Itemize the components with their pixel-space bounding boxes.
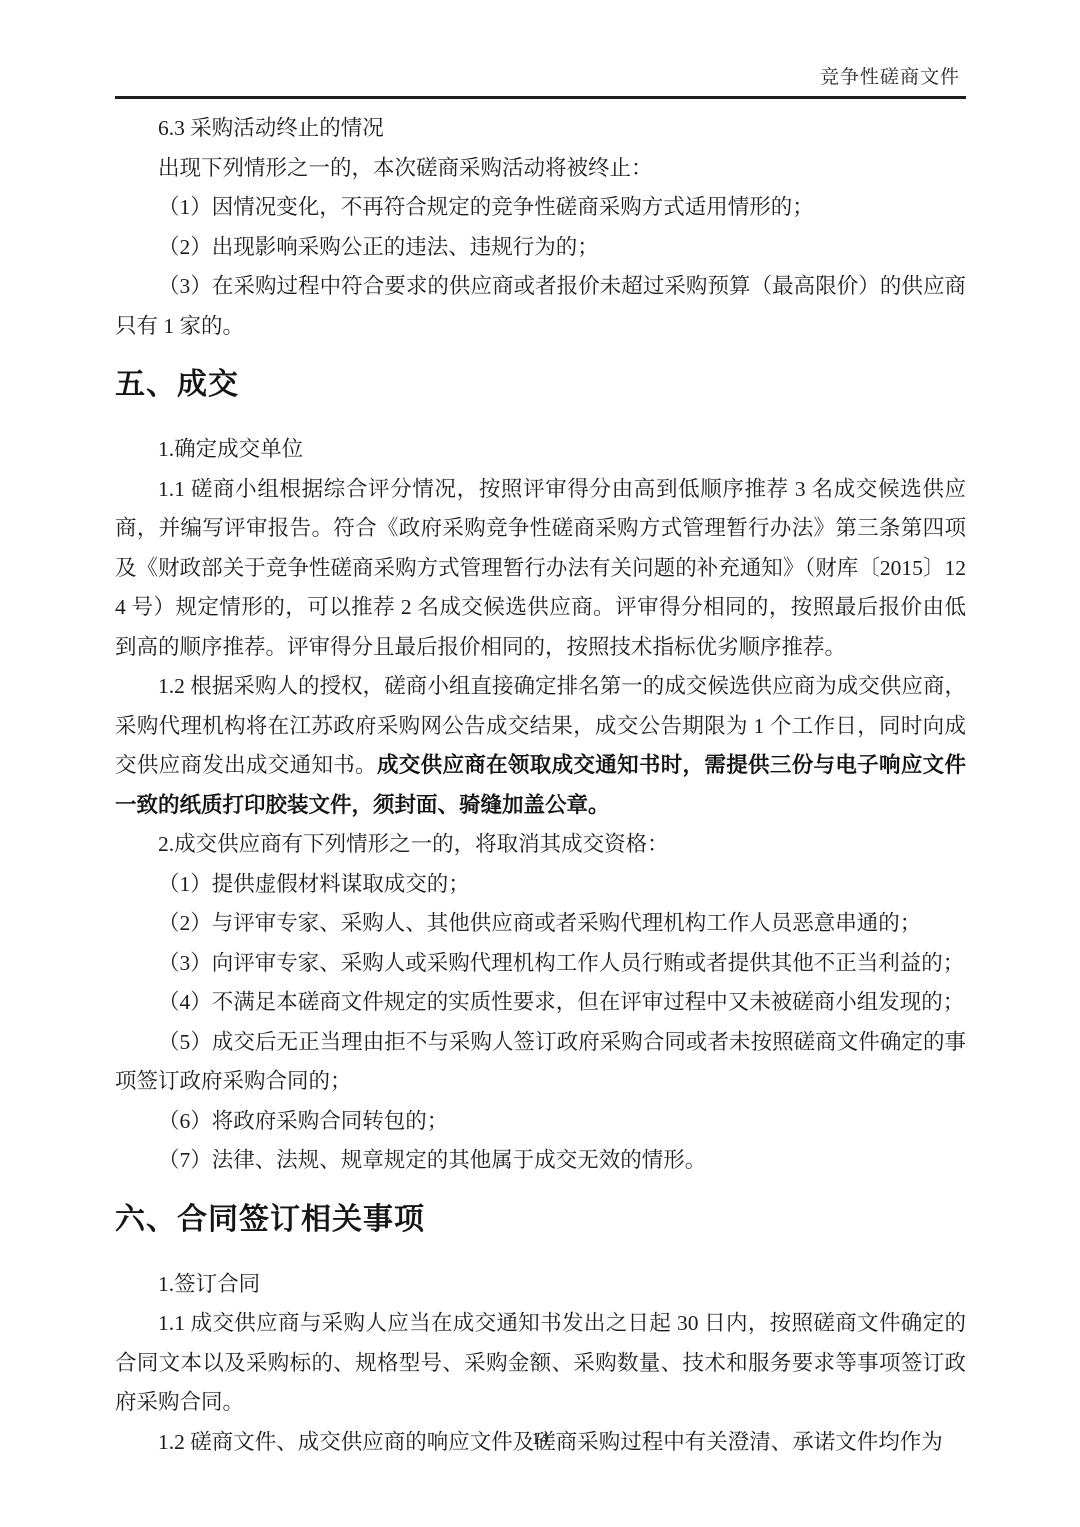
section-five-item-3: （3）向评审专家、采购人或采购代理机构工作人员行贿或者提供其他不正当利益的； <box>115 944 966 984</box>
section-five-sub2-heading: 2.成交供应商有下列情形之一的，将取消其成交资格： <box>115 825 966 865</box>
section-five-item-6: （6）将政府采购合同转包的； <box>115 1102 966 1142</box>
section-five-heading: 五、成交 <box>115 367 966 403</box>
page-number: 14 <box>0 1429 1080 1449</box>
section-6-3-item-3: （3）在采购过程中符合要求的供应商或者报价未超过采购预算（最高限价）的供应商只有… <box>115 267 966 346</box>
document-page: 竞争性磋商文件 6.3 采购活动终止的情况 出现下列情形之一的，本次磋商采购活动… <box>0 0 1080 1527</box>
section-five-clause-1-1: 1.1 磋商小组根据综合评分情况，按照评审得分由高到低顺序推荐 3 名成交候选供… <box>115 470 966 668</box>
section-five-clause-1-2: 1.2 根据采购人的授权，磋商小组直接确定排名第一的成交候选供应商为成交供应商，… <box>115 667 966 825</box>
page-header: 竞争性磋商文件 <box>115 66 966 99</box>
section-6-3-item-1: （1）因情况变化，不再符合规定的竞争性磋商采购方式适用情形的； <box>115 188 966 228</box>
section-five-item-2: （2）与评审专家、采购人、其他供应商或者采购代理机构工作人员恶意串通的； <box>115 904 966 944</box>
section-six-clause-1-1: 1.1 成交供应商与采购人应当在成交通知书发出之日起 30 日内，按照磋商文件确… <box>115 1304 966 1423</box>
section-five-item-7: （7）法律、法规、规章规定的其他属于成交无效的情形。 <box>115 1141 966 1181</box>
document-body: 6.3 采购活动终止的情况 出现下列情形之一的，本次磋商采购活动将被终止： （1… <box>115 109 966 1462</box>
header-title: 竞争性磋商文件 <box>115 66 966 90</box>
section-6-3-item-2: （2）出现影响采购公正的违法、违规行为的； <box>115 228 966 268</box>
section-five-item-5: （5）成交后无正当理由拒不与采购人签订政府采购合同或者未按照磋商文件确定的事项签… <box>115 1023 966 1102</box>
section-five-item-1: （1）提供虚假材料谋取成交的； <box>115 865 966 905</box>
section-six-heading: 六、合同签订相关事项 <box>115 1202 966 1238</box>
section-five-item-4: （4）不满足本磋商文件规定的实质性要求，但在评审过程中又未被磋商小组发现的； <box>115 983 966 1023</box>
page-content: 竞争性磋商文件 6.3 采购活动终止的情况 出现下列情形之一的，本次磋商采购活动… <box>115 66 966 1462</box>
section-five-sub1-heading: 1.确定成交单位 <box>115 430 966 470</box>
section-6-3-heading: 6.3 采购活动终止的情况 <box>115 109 966 149</box>
section-six-sub1-heading: 1.签订合同 <box>115 1265 966 1305</box>
section-6-3-intro: 出现下列情形之一的，本次磋商采购活动将被终止： <box>115 149 966 189</box>
